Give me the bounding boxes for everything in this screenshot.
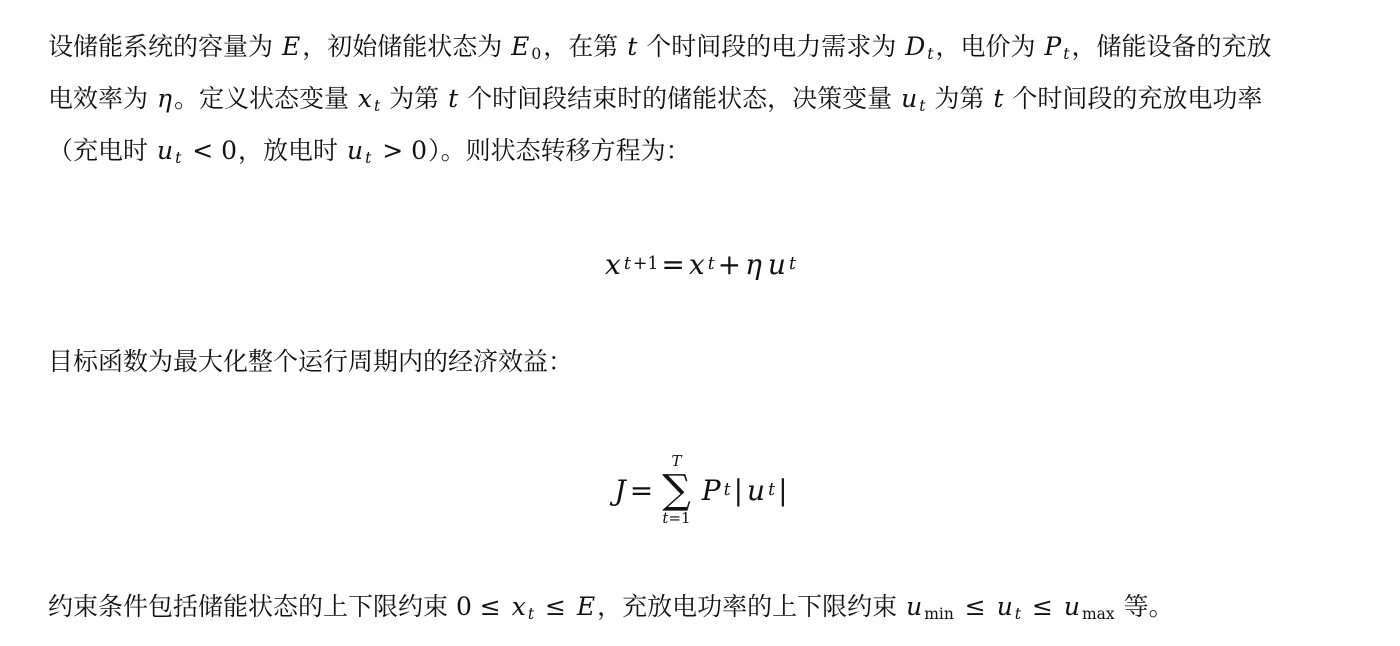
math-run: t: [993, 84, 1003, 113]
math-subscript: t: [927, 45, 933, 63]
text-run: 约束条件包括储能状态的上下限约束: [48, 593, 455, 621]
math-subscript: t: [624, 254, 631, 274]
text-run: ，初始储能状态为: [302, 33, 509, 61]
text-line: （充电时 ut < 0，放电时 ut > 0）。则状态转移方程为：: [48, 125, 1364, 177]
text-run: 个时间段结束时的储能状态，决策变量: [460, 85, 899, 113]
text-line: 目标函数为最大化整个运行周期内的经济效益：: [48, 336, 1364, 388]
text-run: 目标函数为最大化整个运行周期内的经济效益：: [48, 348, 573, 376]
math-run: u: [347, 136, 363, 165]
text-run: 为第: [382, 85, 446, 113]
text-run: 为第: [927, 85, 991, 113]
math-run: ≤: [537, 592, 574, 621]
paragraph-objective-intro: 目标函数为最大化整个运行周期内的经济效益：: [48, 336, 1364, 388]
math-run: J: [615, 474, 626, 507]
math-subscript: t: [789, 254, 796, 274]
text-run: 等。: [1117, 593, 1174, 621]
math-run: =: [661, 248, 684, 281]
math-run: < 0: [184, 136, 237, 165]
math-run: u: [1064, 592, 1080, 621]
math-run: x: [605, 248, 621, 281]
equation-state-transition: xt+1 = xt + ηut: [0, 246, 1400, 282]
math-run: > 0: [374, 136, 427, 165]
math-run: η: [745, 248, 762, 281]
text-run: ）。则状态转移方程为：: [428, 137, 691, 165]
math-run: ≤: [1024, 592, 1061, 621]
math-subscript: +1: [633, 254, 659, 274]
math-run: u: [997, 592, 1013, 621]
sigma-symbol: ∑: [662, 471, 691, 509]
text-run: （充电时: [48, 137, 155, 165]
math-run: E: [577, 592, 595, 621]
text-run: ，在第: [543, 33, 625, 61]
math-run: E: [511, 32, 529, 61]
math-run: D: [905, 32, 925, 61]
text-run: 。定义状态变量: [174, 85, 356, 113]
math-run: t: [448, 84, 458, 113]
math-subscript: 0: [531, 45, 541, 63]
text-run: ，放电时: [238, 137, 345, 165]
math-run: P: [1044, 32, 1061, 61]
math-subscript: t: [724, 480, 731, 500]
math-run: u: [157, 136, 173, 165]
text-run: 个时间段的电力需求为: [639, 33, 903, 61]
math-subscript: t: [528, 605, 534, 623]
math-run: η: [157, 84, 172, 113]
text-run: 电效率为: [48, 85, 155, 113]
math-run: E: [282, 32, 300, 61]
math-run: u: [906, 592, 922, 621]
text-line: 设储能系统的容量为 E，初始储能状态为 E0，在第 t 个时间段的电力需求为 D…: [48, 21, 1364, 73]
text-run: 个时间段的充放电功率: [1005, 85, 1262, 113]
math-subscript: t: [1015, 605, 1021, 623]
math-subscript: t: [1063, 45, 1069, 63]
math-subscript: t: [365, 149, 371, 167]
text-run: ，充放电功率的上下限约束: [597, 593, 904, 621]
math-subscript: t: [708, 254, 715, 274]
math-run: |: [778, 474, 787, 507]
math-run: u: [901, 84, 917, 113]
math-subscript: max: [1082, 605, 1115, 623]
math-run: P: [702, 474, 721, 507]
paragraph-constraints: 约束条件包括储能状态的上下限约束 0 ≤ xt ≤ E，充放电功率的上下限约束 …: [48, 581, 1364, 633]
math-run: =: [630, 474, 653, 507]
math-subscript: min: [924, 605, 954, 623]
math-subscript: t: [175, 149, 181, 167]
text-run: 设储能系统的容量为: [48, 33, 280, 61]
text-run: ，电价为: [935, 33, 1042, 61]
math-run: =1: [668, 509, 690, 527]
math-run: x: [512, 592, 526, 621]
text-line: 约束条件包括储能状态的上下限约束 0 ≤ xt ≤ E，充放电功率的上下限约束 …: [48, 581, 1364, 633]
math-run: t: [627, 32, 637, 61]
math-run: |: [734, 474, 743, 507]
math-run: 0 ≤: [456, 592, 509, 621]
document-page: 设储能系统的容量为 E，初始储能状态为 E0，在第 t 个时间段的电力需求为 D…: [0, 0, 1400, 646]
math-run: u: [747, 474, 765, 507]
equation-objective-function: J = T∑t=1Pt|ut|: [0, 452, 1400, 528]
math-run: +: [718, 248, 741, 281]
summation-block: T∑t=1: [662, 452, 691, 528]
text-run: ，储能设备的充放: [1071, 33, 1271, 61]
math-run: x: [358, 84, 372, 113]
text-line: 电效率为 η。定义状态变量 xt 为第 t 个时间段结束时的储能状态，决策变量 …: [48, 73, 1364, 125]
math-run: ≤: [957, 592, 994, 621]
math-run: u: [768, 248, 786, 281]
sum-lower-limit: t=1: [662, 509, 690, 528]
math-subscript: t: [768, 480, 775, 500]
math-subscript: t: [374, 97, 380, 115]
paragraph-problem-setup: 设储能系统的容量为 E，初始储能状态为 E0，在第 t 个时间段的电力需求为 D…: [48, 21, 1364, 177]
math-run: x: [689, 248, 705, 281]
math-subscript: t: [919, 97, 925, 115]
